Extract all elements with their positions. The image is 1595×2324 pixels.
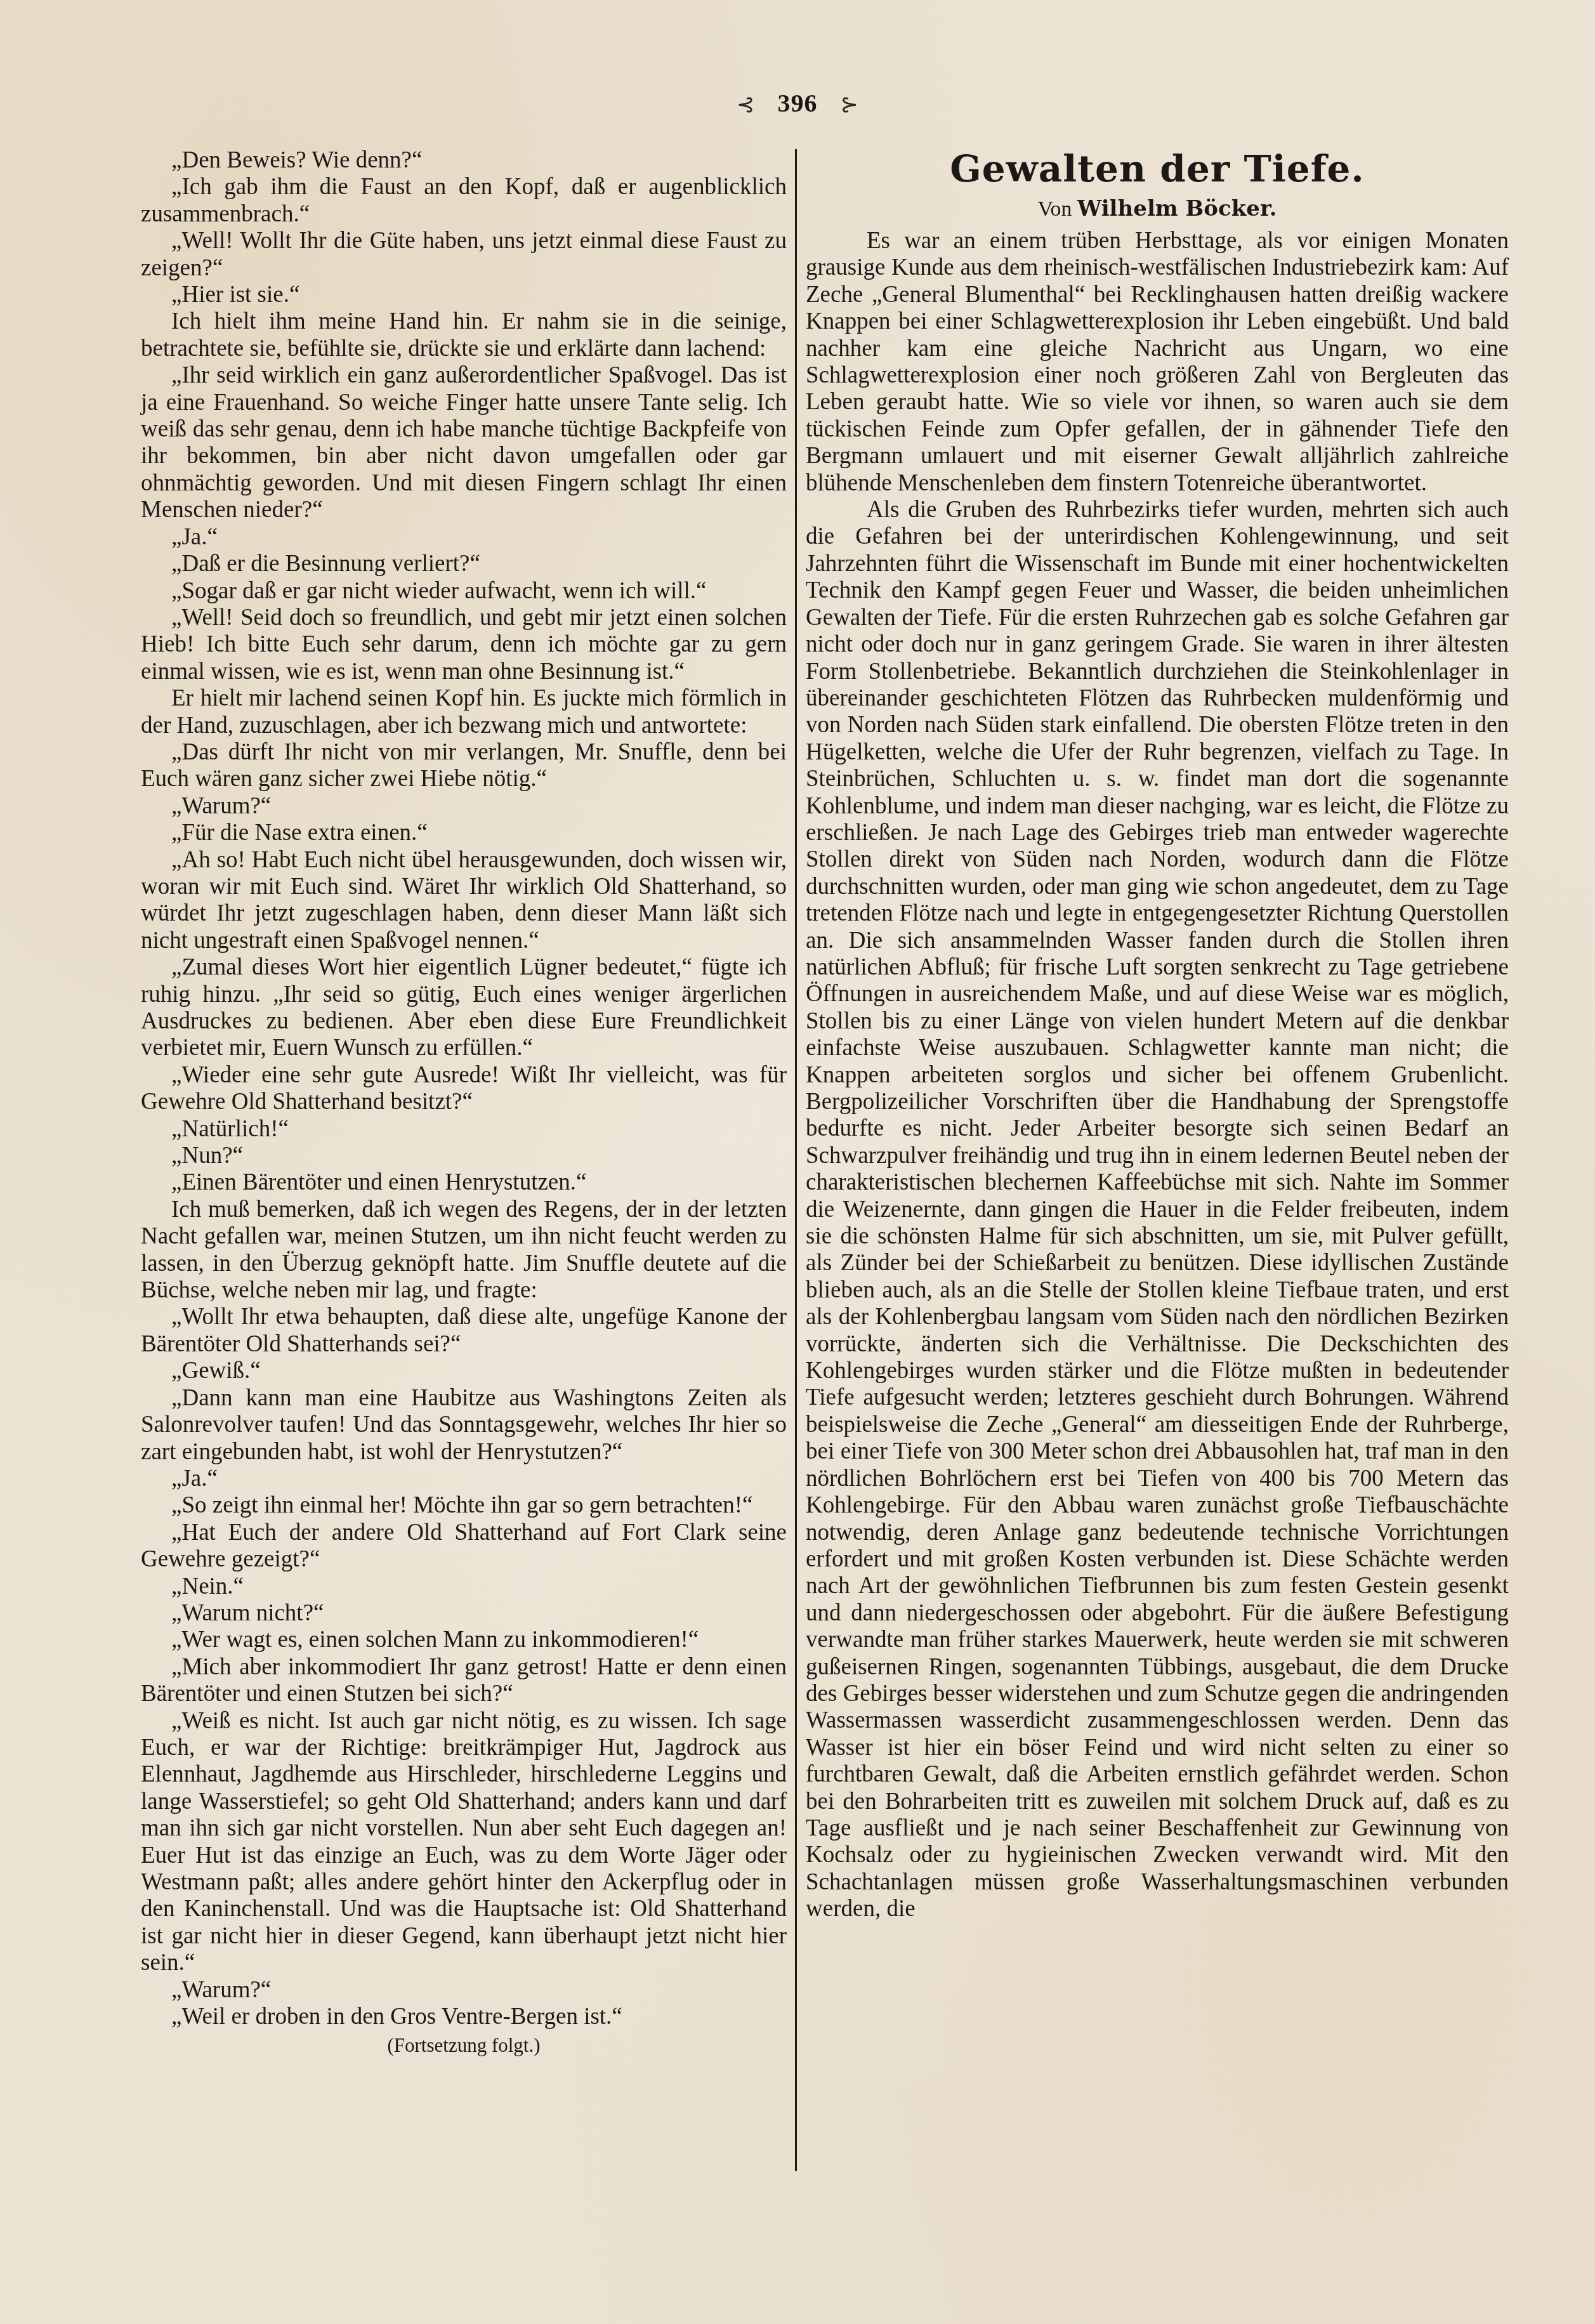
paragraph: „Warum nicht?“ (141, 1600, 787, 1627)
column-divider (795, 149, 797, 2171)
paragraph: „Zumal dieses Wort hier eigentlich Lügne… (141, 954, 787, 1062)
paragraph: „Ihr seid wirklich ein ganz außerordentl… (141, 362, 787, 523)
paragraph: „Für die Nase extra einen.“ (141, 820, 787, 846)
paragraph: „Hat Euch der andere Old Shatterhand auf… (141, 1520, 787, 1573)
paragraph: „Gewiß.“ (141, 1358, 787, 1384)
paragraph: „Well! Seid doch so freundlich, und gebt… (141, 605, 787, 685)
paragraph: „So zeigt ihn einmal her! Möchte ihn gar… (141, 1492, 787, 1519)
ornament-right-icon: ⊱ (841, 89, 859, 121)
paragraph: Es war an einem trüben Herbsttage, als v… (806, 228, 1509, 497)
paragraph: „Ah so! Habt Euch nicht übel herausgewun… (141, 847, 787, 955)
paragraph: „Ich gab ihm die Faust an den Kopf, daß … (141, 174, 787, 228)
paragraph: „Well! Wollt Ihr die Güte haben, uns jet… (141, 228, 787, 282)
paragraph: „Nun?“ (141, 1143, 787, 1169)
byline: Von Wilhelm Böcker. (806, 194, 1509, 224)
paragraph: „Dann kann man eine Haubitze aus Washing… (141, 1385, 787, 1466)
paragraph: Ich muß bemerken, daß ich wegen des Rege… (141, 1197, 787, 1304)
author-name: Wilhelm Böcker. (1077, 196, 1277, 221)
paragraph: „Nein.“ (141, 1573, 787, 1600)
page-header: ⊰ 396 ⊱ (0, 88, 1595, 121)
page-number: 396 (778, 89, 818, 117)
paragraph: „Warum?“ (141, 1977, 787, 2004)
paragraph: „Sogar daß er gar nicht wieder aufwacht,… (141, 578, 787, 605)
ornament-left-icon: ⊰ (737, 89, 755, 121)
paragraph: „Ja.“ (141, 524, 787, 551)
paragraph: „Einen Bärentöter und einen Henrystutzen… (141, 1169, 787, 1196)
paragraph: „Wer wagt es, einen solchen Mann zu inko… (141, 1627, 787, 1653)
paragraph: „Wollt Ihr etwa behaupten, daß diese alt… (141, 1304, 787, 1358)
paragraph: „Weil er droben in den Gros Ventre-Berge… (141, 2004, 787, 2030)
paragraph: „Weiß es nicht. Ist auch gar nicht nötig… (141, 1708, 787, 1977)
paragraph: „Daß er die Besinnung verliert?“ (141, 551, 787, 577)
paragraph: „Ja.“ (141, 1466, 787, 1492)
paragraph: Ich hielt ihm meine Hand hin. Er nahm si… (141, 308, 787, 362)
paragraph: „Mich aber inkommodiert Ihr ganz getrost… (141, 1654, 787, 1708)
paragraph: „Natürlich!“ (141, 1116, 787, 1143)
byline-prefix: Von (1037, 197, 1072, 221)
paragraph: „Hier ist sie.“ (141, 282, 787, 308)
paragraph: „Den Beweis? Wie denn?“ (141, 147, 787, 174)
paragraph: „Das dürft Ihr nicht von mir verlangen, … (141, 739, 787, 793)
paragraph: Er hielt mir lachend seinen Kopf hin. Es… (141, 685, 787, 739)
right-column-article: Gewalten der Tiefe. Von Wilhelm Böcker. … (806, 145, 1509, 1923)
continuation-note: (Fortsetzung folgt.) (141, 2030, 787, 2061)
article-title: Gewalten der Tiefe. (806, 145, 1509, 193)
left-column-story: „Den Beweis? Wie denn?“ „Ich gab ihm die… (141, 147, 787, 2061)
paragraph: „Warum?“ (141, 793, 787, 820)
paragraph: Als die Gruben des Ruhrbezirks tiefer wu… (806, 497, 1509, 1923)
paragraph: „Wieder eine sehr gute Ausrede! Wißt Ihr… (141, 1062, 787, 1116)
